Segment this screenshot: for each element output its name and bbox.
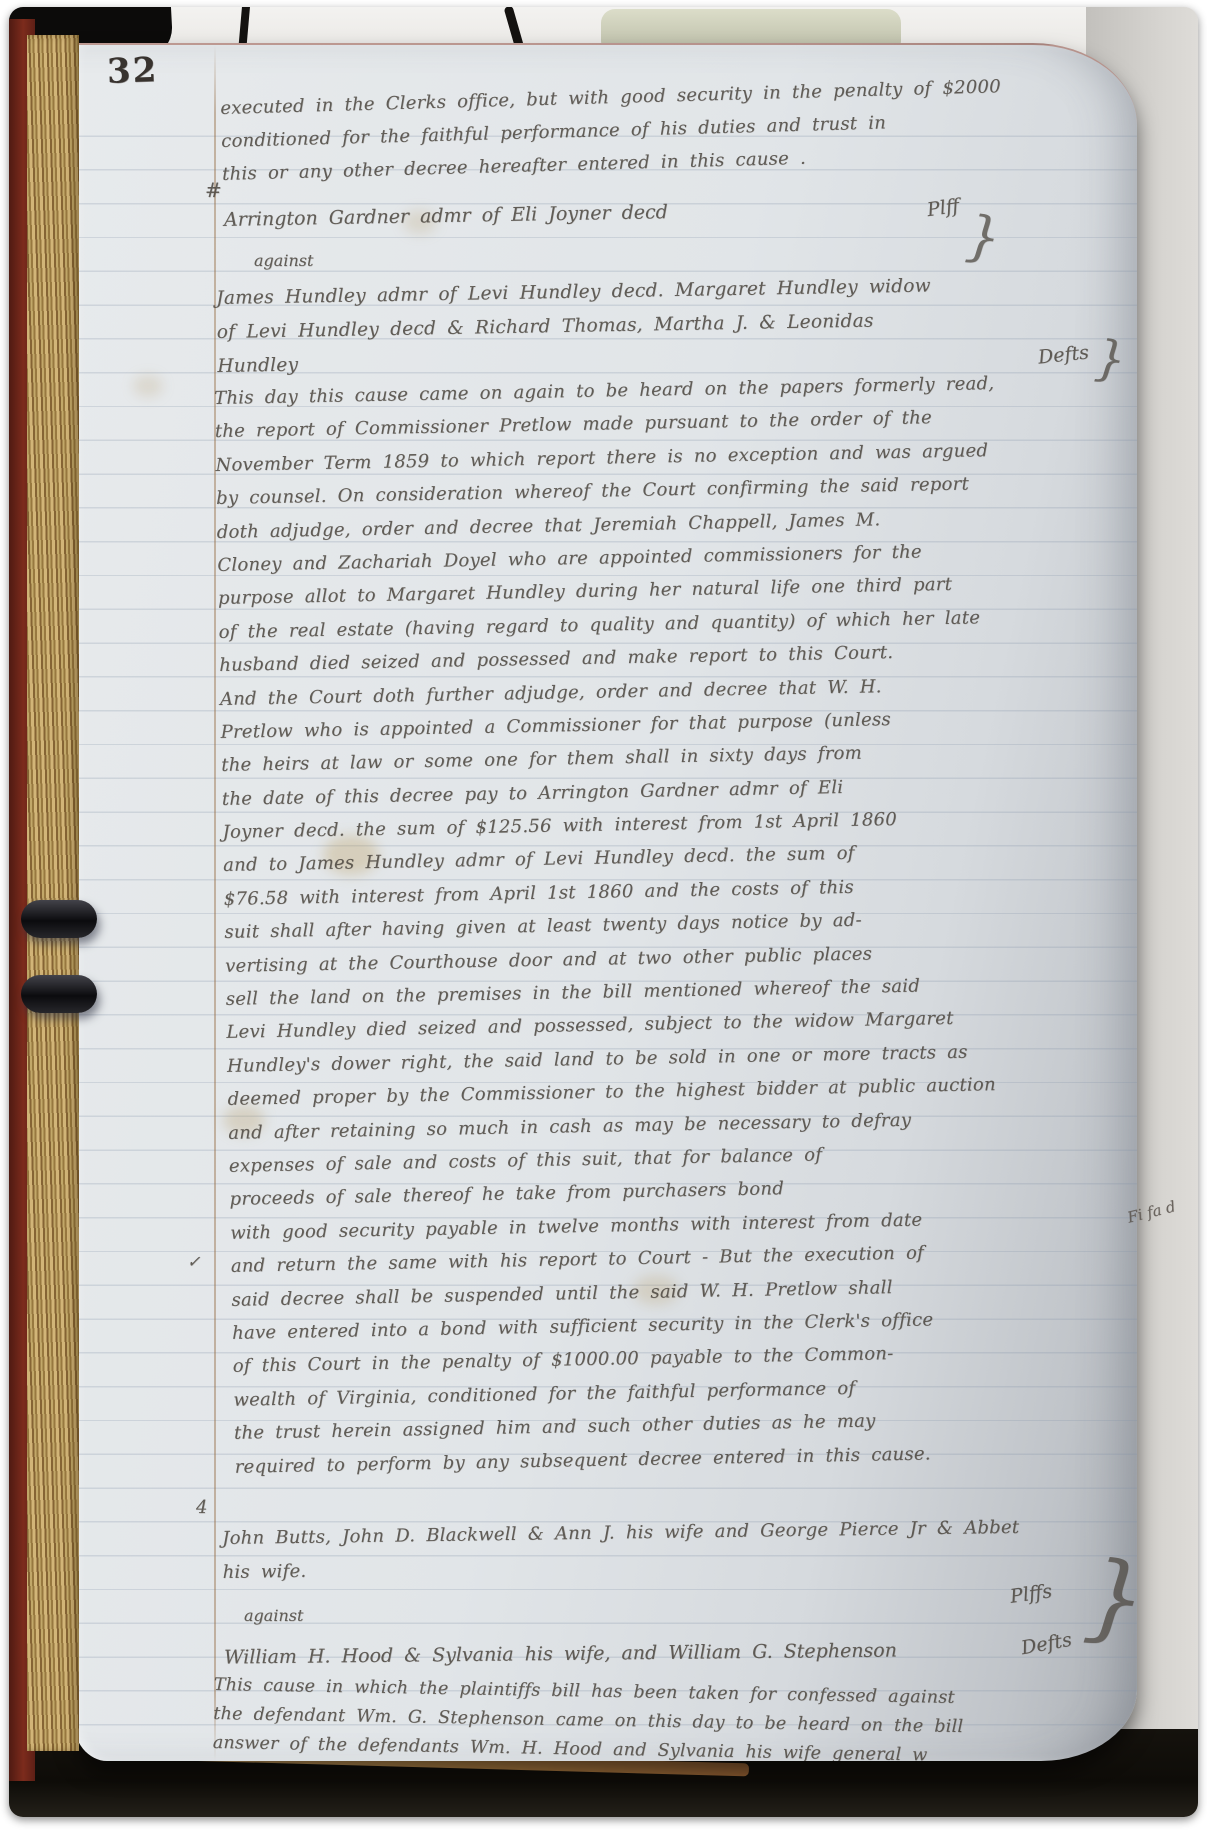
caption-brace: } (963, 203, 1004, 269)
stain (133, 375, 163, 397)
binder-post (21, 975, 97, 1013)
case2-plaintiffs: John Butts, John D. Blackwell & Ann J. h… (222, 1515, 1137, 1596)
binder-post (21, 900, 97, 938)
case2-body: This cause in which the plaintiffs bill … (212, 1675, 1137, 1761)
item-mark: 4 (196, 1497, 207, 1518)
case1-body: This day this cause came on again to be … (214, 370, 1137, 1490)
check-mark: ✓ (187, 1252, 200, 1271)
page-number: 32 (106, 50, 159, 92)
page-edge-stack (27, 35, 79, 1751)
book-photo: 32 executed in the Clerks office, but wi… (9, 7, 1198, 1817)
scanned-court-record-screenshot: 32 executed in the Clerks office, but wi… (0, 0, 1207, 1830)
case1-versus: against (254, 251, 313, 270)
case2-versus: against (244, 1606, 303, 1625)
caption-brace: } (1079, 1540, 1137, 1656)
section-mark: # (205, 178, 222, 202)
case1-plaintiff-label: Plff (926, 195, 961, 221)
ledger-page: 32 executed in the Clerks office, but wi… (73, 43, 1137, 1761)
